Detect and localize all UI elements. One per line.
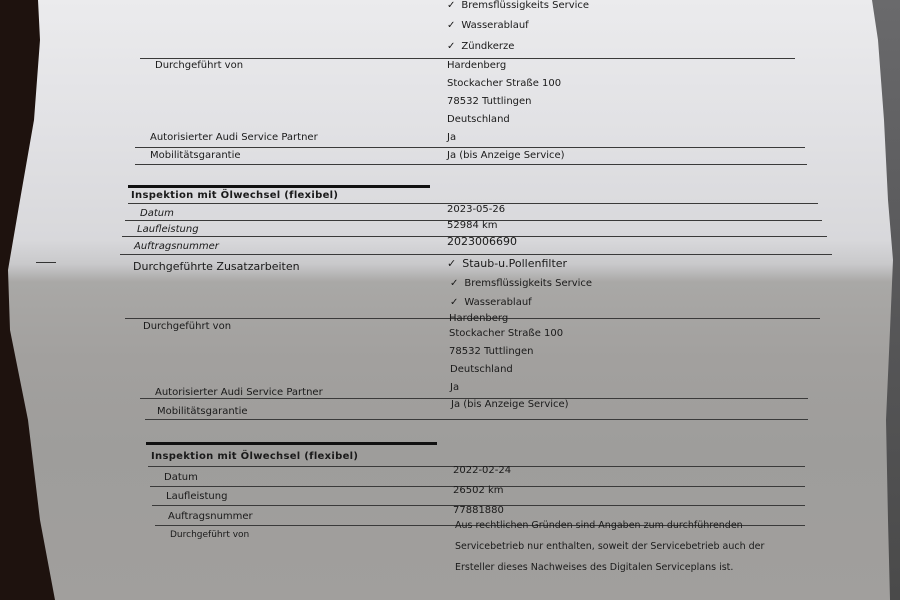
section2-notice-line: Servicebetrieb nur enthalten, soweit der…: [455, 541, 764, 552]
divider: [135, 147, 805, 148]
section1-zusatz-item: Wasserablauf: [450, 297, 532, 308]
divider: [140, 58, 795, 59]
section1-partner-value: Ja: [450, 382, 459, 393]
section2-auftrag-label: Auftragsnummer: [168, 511, 253, 522]
section-rule: [128, 185, 430, 188]
section1-partner-label: Autorisierter Audi Service Partner: [155, 387, 323, 398]
section1-datum-label: Datum: [140, 208, 174, 219]
top-durchgefuehrt-label: Durchgeführt von: [155, 60, 243, 71]
section2-notice-line: Aus rechtlichen Gründen sind Angaben zum…: [455, 520, 743, 531]
top-workshop-city: 78532 Tuttlingen: [447, 96, 532, 107]
section1-auftrag-label: Auftragsnummer: [134, 241, 219, 252]
section1-auftrag: 2023006690: [447, 235, 517, 248]
section1-laufleistung-label: Laufleistung: [137, 224, 199, 235]
section2-notice-line: Ersteller dieses Nachweises des Digitale…: [455, 562, 733, 573]
section2-laufleistung: 26502 km: [453, 485, 504, 496]
service-document: Bremsflüssigkeits Service Wasserablauf Z…: [0, 0, 900, 600]
divider: [120, 254, 832, 255]
section1-laufleistung: 52984 km: [447, 220, 498, 231]
section2-datum: 2022-02-24: [453, 465, 511, 476]
divider: [145, 419, 808, 420]
section2-auftrag: 77881880: [453, 505, 504, 516]
divider: [135, 164, 807, 165]
top-mobilitaet-value: Ja (bis Anzeige Service): [447, 150, 565, 161]
section1-workshop-street: Stockacher Straße 100: [449, 328, 563, 339]
section1-datum: 2023-05-26: [447, 204, 505, 215]
section1-zusatz-item: Bremsflüssigkeits Service: [450, 278, 592, 289]
top-partner-value: Ja: [447, 132, 456, 143]
section-rule: [146, 442, 437, 445]
top-workshop-name: Hardenberg: [447, 60, 506, 71]
section1-zusatz-label: Durchgeführte Zusatzarbeiten: [133, 260, 300, 273]
section1-mobilitaet-label: Mobilitätsgarantie: [157, 406, 248, 417]
section2-durchgefuehrt-label: Durchgeführt von: [170, 530, 249, 540]
top-zusatz-item: Wasserablauf: [447, 20, 529, 31]
top-workshop-street: Stockacher Straße 100: [447, 78, 561, 89]
section2-datum-label: Datum: [164, 472, 198, 483]
section1-zusatz-item: Staub-u.Pollenfilter: [447, 257, 567, 270]
section2-title: Inspektion mit Ölwechsel (flexibel): [151, 451, 358, 462]
top-workshop-country: Deutschland: [447, 114, 510, 125]
top-partner-label: Autorisierter Audi Service Partner: [150, 132, 318, 143]
section1-durchgefuehrt-label: Durchgeführt von: [143, 321, 231, 332]
section1-workshop-country: Deutschland: [450, 364, 513, 375]
section1-workshop-name: Hardenberg: [449, 313, 508, 324]
section1-mobilitaet-value: Ja (bis Anzeige Service): [451, 399, 569, 410]
section2-laufleistung-label: Laufleistung: [166, 491, 227, 502]
section1-title: Inspektion mit Ölwechsel (flexibel): [131, 190, 338, 201]
top-zusatz-item: Zündkerze: [447, 41, 514, 52]
margin-mark: [36, 262, 56, 263]
top-mobilitaet-label: Mobilitätsgarantie: [150, 150, 241, 161]
top-zusatz-item: Bremsflüssigkeits Service: [447, 0, 589, 11]
section1-workshop-city: 78532 Tuttlingen: [449, 346, 534, 357]
